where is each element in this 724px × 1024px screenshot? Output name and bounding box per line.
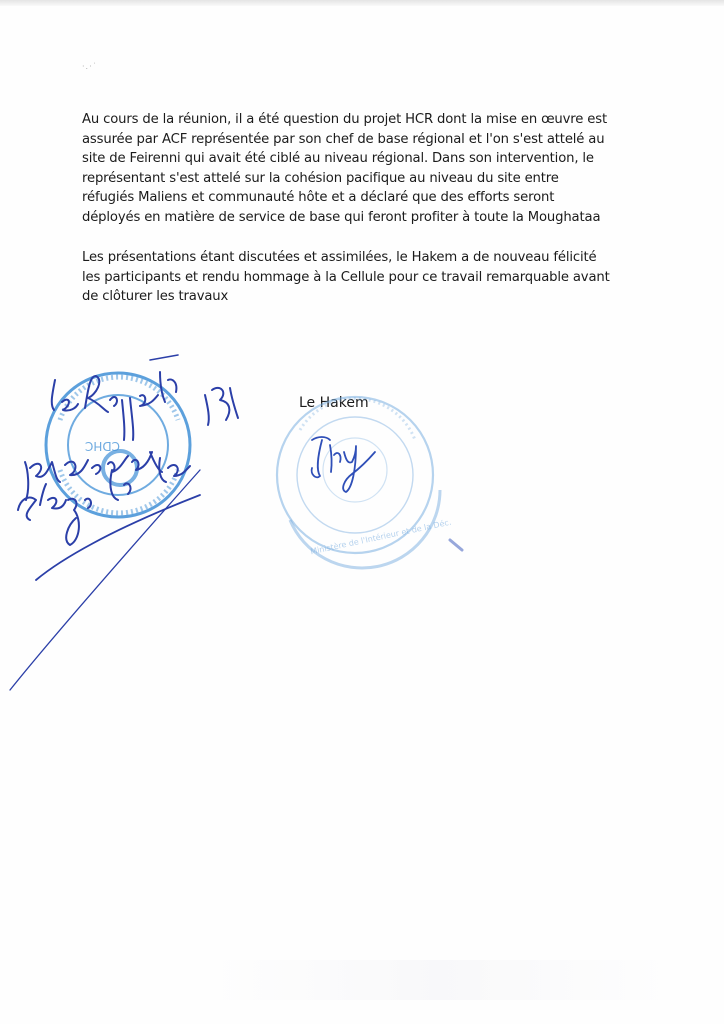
scan-artifact-bleed bbox=[200, 960, 680, 1000]
signatures-and-stamps: CDHC Ministère de l'Intérieur et de la D… bbox=[0, 0, 724, 1024]
svg-text:CDHC: CDHC bbox=[85, 439, 120, 453]
left-official-stamp: CDHC bbox=[46, 373, 190, 517]
svg-text:Ministère de l'Intérieur et de: Ministère de l'Intérieur et de la Déc. bbox=[309, 517, 452, 557]
scanned-page: ·.·˙ Au cours de la réunion, il a été qu… bbox=[0, 0, 724, 1024]
right-official-stamp: Ministère de l'Intérieur et de la Déc. bbox=[277, 397, 452, 568]
left-handwritten-signature bbox=[10, 355, 238, 690]
